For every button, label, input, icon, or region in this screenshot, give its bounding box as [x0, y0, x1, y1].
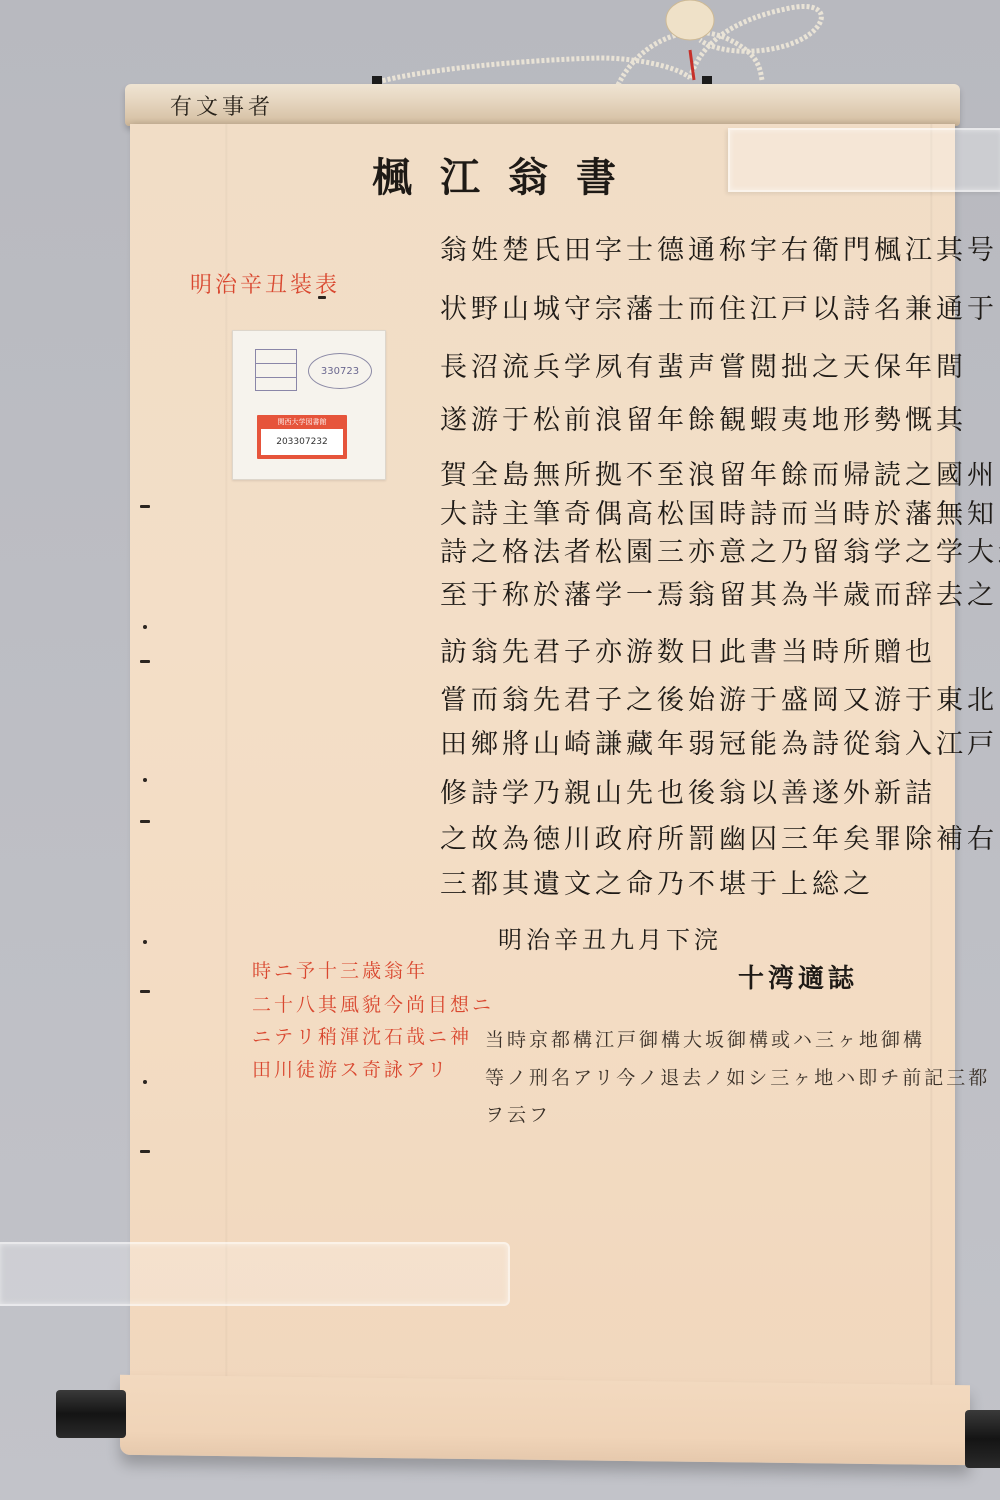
annotation-line: ヲ云フ — [485, 1100, 551, 1127]
margin-mark — [143, 625, 147, 629]
body-line: 嘗而翁先君子之後始游于盛岡又游于東北 — [440, 678, 998, 717]
body-line: 賀全島無所拠不至浪留年餘而帰読之國州 — [440, 453, 998, 492]
body-line: 至于称於藩学一焉翁留其為半歳而辞去之 — [440, 573, 998, 612]
body-line: 状野山城守宗藩士而住江戸以詩名兼通于 — [440, 287, 998, 326]
annotation-line: 当時京都構江戸御構大坂御構或ハ三ヶ地御構 — [485, 1025, 925, 1052]
library-barcode-label: 関西大学図書館 203307232 — [257, 415, 347, 459]
margin-mark — [143, 778, 147, 782]
barcode-number: 203307232 — [261, 429, 343, 455]
body-line: 詩之格法者松園三亦意之乃留翁学之学大進 — [440, 530, 1000, 569]
body-line: 長沼流兵学夙有蜚声嘗閲拙之天保年間 — [440, 345, 967, 384]
grid-stamp — [255, 349, 297, 391]
library-label-packet: 330723 関西大学図書館 203307232 — [232, 330, 386, 480]
library-name: 関西大学図書館 — [257, 415, 347, 427]
scroll-paper-rolled-bottom — [120, 1375, 970, 1465]
date-line: 明治辛丑九月下浣 — [498, 920, 722, 955]
margin-mark — [140, 660, 150, 663]
margin-mark — [140, 1150, 150, 1153]
margin-mark — [143, 940, 147, 944]
plastic-sleeve-bottom — [0, 1242, 510, 1306]
body-line: 之故為徳川政府所罰幽囚三年矣罪除補右 — [440, 817, 998, 856]
annotation-line: 等ノ刑名アリ今ノ退去ノ如シ三ヶ地ハ即チ前記三都 — [485, 1063, 990, 1090]
body-line: 修詩学乃親山先也後翁以善遂外新詰 — [440, 771, 936, 810]
body-line: 翁姓楚氏田字士德通称宇右衛門楓江其号 — [440, 228, 998, 267]
body-line: 大詩主筆奇偶高松国時詩而当時於藩無知 — [440, 492, 998, 531]
red-note-line: 二十八其風貌今尚目想ニ — [252, 990, 494, 1017]
red-note-line: ニテリ稍渾沈石哉ニ神 — [252, 1022, 472, 1049]
body-line: 訪翁先君子亦游数日此書当時所贈也 — [440, 630, 936, 669]
top-roller: 有文事者 — [125, 84, 960, 126]
bottom-roller-end-right — [965, 1410, 1000, 1468]
margin-mark — [140, 505, 150, 508]
signature: 十湾適誌 — [738, 958, 858, 995]
document-title: 楓江翁書 — [372, 146, 644, 203]
margin-mark — [140, 990, 150, 993]
outer-title-slip: 有文事者 — [170, 88, 300, 122]
margin-mark — [140, 820, 150, 823]
red-note-line: 田川徒游ス奇詠アリ — [252, 1055, 449, 1082]
body-line: 三都其遺文之命乃不堪于上総之 — [440, 862, 874, 901]
red-mounting-note: 明治辛丑装表 — [190, 268, 340, 299]
red-note-line: 時ニ予十三歳翁年 — [252, 956, 428, 983]
body-line: 田鄉將山崎謙藏年弱冠能為詩從翁入江戸 — [440, 722, 998, 761]
oval-accession-stamp: 330723 — [308, 353, 372, 389]
margin-mark — [143, 1080, 147, 1084]
bottom-roller-end-left — [56, 1390, 126, 1438]
body-line: 遂游于松前浪留年餘観蝦夷地形勢慨其 — [440, 398, 967, 437]
plastic-sleeve-top — [728, 128, 1000, 192]
